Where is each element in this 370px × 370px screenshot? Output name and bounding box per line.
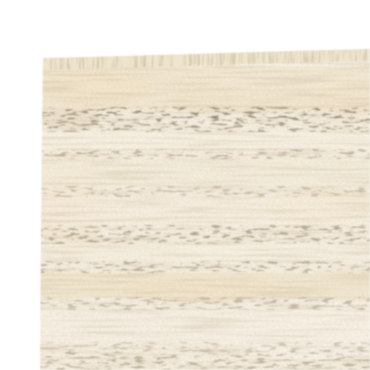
rug xyxy=(28,40,370,370)
screenshot-root xyxy=(0,0,370,370)
rug-photo xyxy=(0,0,370,370)
rug-grain-texture xyxy=(28,40,370,370)
